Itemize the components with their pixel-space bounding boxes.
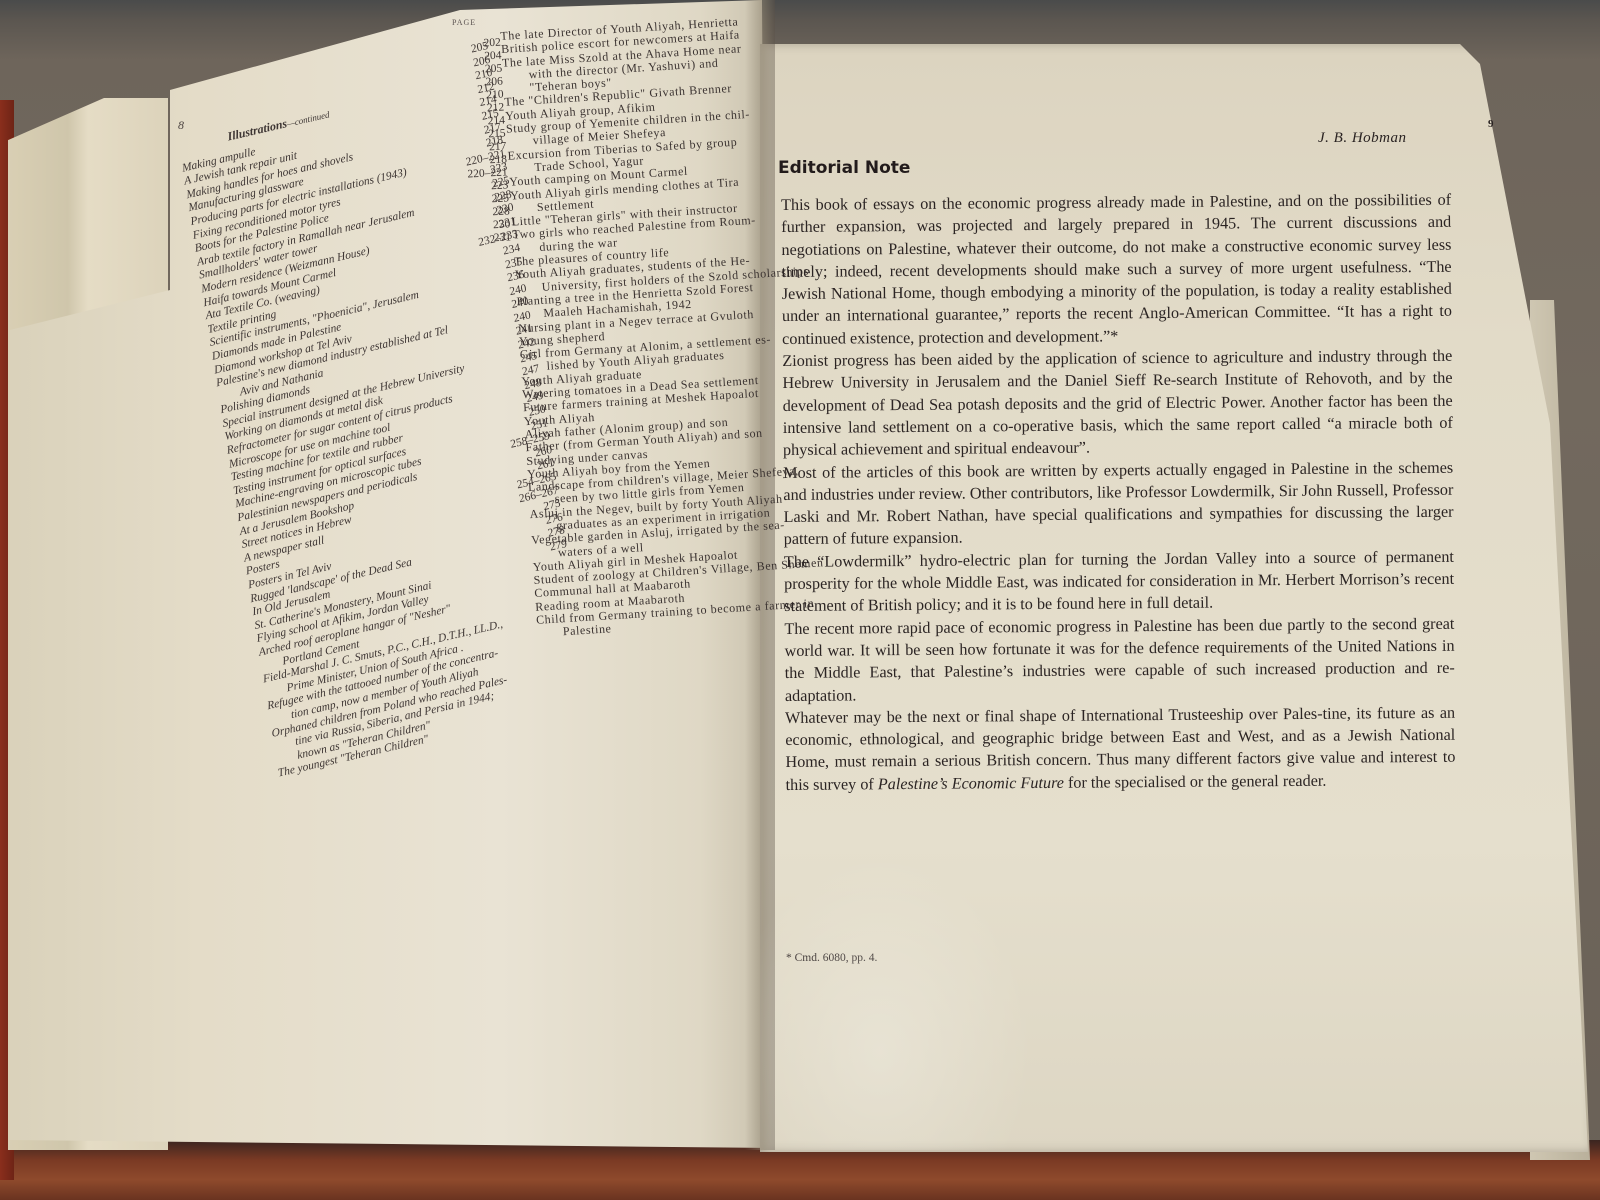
footnote: * Cmd. 6080, pp. 4. [786,952,877,964]
editorial-body: This book of essays on the economic prog… [781,189,1456,796]
paragraph: Whatever may be the next or final shape … [785,702,1456,796]
page-column-label: PAGE [452,18,476,27]
page-number-right: 9 [1488,118,1494,130]
paragraph: Most of the articles of this book are wr… [783,456,1454,550]
paragraph: Zionist progress has been aided by the a… [782,345,1453,462]
page-number-left: 8 [178,118,184,133]
book-title-italic: Palestine’s Economic Future [878,774,1064,793]
paragraph: The “Lowdermilk” hydro-electric plan for… [784,545,1455,617]
page-numbers-column-2: 202204205206210212214215217218220–221223… [441,37,512,248]
page-title: Editorial Note [778,158,910,178]
paragraph: This book of essays on the economic prog… [781,189,1452,350]
author-name: J. B. Hobman [1318,130,1407,147]
paragraph: The recent more rapid pace of economic p… [784,612,1455,706]
